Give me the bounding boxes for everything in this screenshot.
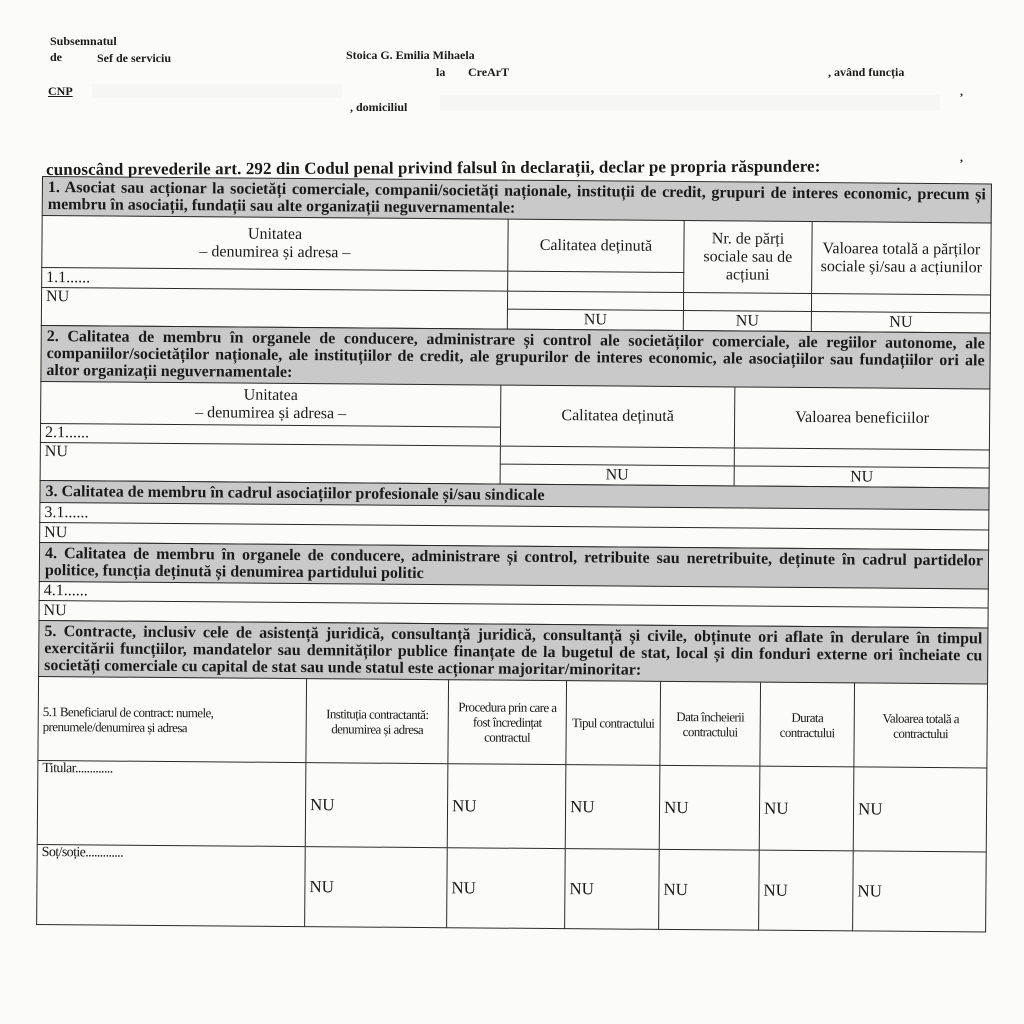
col-procedura: Procedura prin care a fost încredințat c… [448, 680, 567, 765]
row-1-value[interactable]: NU [41, 288, 507, 330]
function-value[interactable]: Sef de serviciu [97, 51, 171, 66]
cell-empty[interactable] [508, 271, 684, 292]
col-beneficiar: 5.1 Beneficiarul de contract: numele, pr… [38, 676, 307, 762]
col-durata: Durata contractului [760, 682, 855, 767]
section-1-table: 1. Asociat sau acționar la societăți com… [41, 176, 992, 333]
cell-value[interactable]: NU [759, 850, 854, 931]
domiciliul-label: , domiciliul [350, 100, 407, 115]
col-nr-parti: Nr. de părți sociale sau de acțiuni [684, 221, 813, 294]
section-5-title: 5. Contracte, inclusiv cele de asistență… [39, 620, 988, 683]
declaration-form: 1. Asociat sau acționar la societăți com… [36, 176, 992, 932]
section-4-table: 4. Calitatea de membru în organele de co… [39, 542, 990, 628]
col-institutia: Instituția contractantă: denumirea și ad… [306, 679, 449, 764]
cell-value[interactable]: NU [659, 849, 760, 930]
row-2-value[interactable]: NU [40, 442, 500, 484]
cell-value[interactable]: NU [659, 765, 760, 850]
col-calitatea: Calitatea deținută [500, 385, 734, 448]
cell-value[interactable]: NU [305, 847, 448, 928]
cell-value[interactable]: NU [853, 851, 987, 932]
s1-calitatea-value[interactable]: NU [507, 309, 683, 330]
intro-comma: , [960, 150, 963, 165]
redacted-cnp [92, 84, 342, 98]
institution-value[interactable]: CreArT [468, 65, 509, 80]
row-sot-sotie-label[interactable]: Soț/soție............. [37, 844, 306, 926]
subsemnatul-label: Subsemnatul [50, 34, 117, 49]
cell-value[interactable]: NU [447, 848, 566, 929]
col-unitatea: Unitatea– denumirea și adresa – [41, 381, 501, 427]
col-data: Data încheierii contractului [660, 681, 761, 766]
s1-valoarea-value[interactable]: NU [811, 312, 990, 333]
section-2-title: 2. Calitatea de membru în organele de co… [41, 325, 990, 388]
la-label: la [436, 65, 445, 80]
de-label: de [50, 50, 62, 65]
row-titular-label[interactable]: Titular............. [37, 760, 306, 846]
col-valoarea-beneficiilor: Valoarea beneficiilor [734, 387, 989, 450]
cell-value[interactable]: NU [305, 763, 448, 848]
col-unitatea: Unitatea– denumirea și adresa – [42, 216, 508, 272]
col-calitatea: Calitatea deținută [508, 219, 684, 272]
s1-nr-parti-value[interactable]: NU [683, 311, 811, 332]
name-value[interactable]: Stoica G. Emilia Mihaela [346, 48, 475, 63]
table-row: Titular............. NU NU NU NU NU NU [37, 760, 987, 851]
avand-functia-label: , având funcția [828, 65, 904, 80]
col-valoarea: Valoarea totală a părților sociale și/sa… [812, 222, 992, 295]
redacted-address [440, 95, 940, 111]
cell-value[interactable]: NU [853, 767, 987, 852]
s2-valoarea-value[interactable]: NU [734, 466, 989, 488]
col-valoarea: Valoarea totală a contractului [854, 683, 988, 768]
section-3-table: 3. Calitatea de membru în cadrul asociaț… [39, 480, 989, 550]
cell-value[interactable]: NU [447, 764, 566, 849]
table-row: Soț/soție............. NU NU NU NU NU NU [37, 844, 987, 931]
cell-value[interactable]: NU [565, 849, 660, 930]
cnp-label: CNP [48, 84, 73, 99]
s2-calitatea-value[interactable]: NU [500, 464, 734, 486]
cell-value[interactable]: NU [565, 765, 660, 850]
section-2-table: 2. Calitatea de membru în organele de co… [40, 325, 991, 488]
cell-value[interactable]: NU [759, 766, 854, 851]
section-5-table: 5. Contracte, inclusiv cele de asistență… [36, 620, 988, 932]
col-tipul: Tipul contractului [566, 681, 661, 766]
header-comma: , [960, 84, 963, 99]
